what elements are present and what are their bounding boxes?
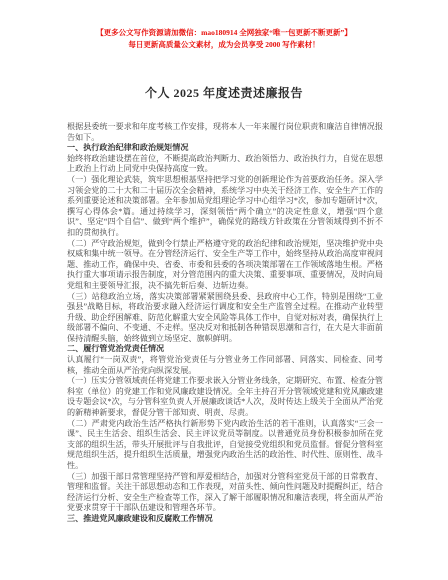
document-body: 根据县委统一要求和年度考核工作安排，现将本人一年来履行岗位职责和廉洁自律情况报告… (67, 122, 383, 525)
promo-line-2: 每日更新高质量公文素材，成为会员享受 2000 写作素材！ (0, 39, 448, 51)
paragraph: 认真履行“一岗双责”，将管党治党责任与分管业务工作同部署、同落实、同检查、同考核… (67, 355, 383, 376)
promo-header: 【更多公文写作资源请加微信：mao180914 全网独家“唯一包更新不断更新”】… (0, 27, 448, 50)
section-heading: 一、执行政治纪律和政治规矩情况 (67, 143, 383, 154)
paragraph: （三）加强干部日常管理坚持严管和厚爱相结合，加强对分管科室党员干部的日常教育、管… (67, 472, 383, 514)
paragraph: （二）严守政治规矩，做到令行禁止严格遵守党的政治纪律和政治规矩，坚决维护党中央权… (67, 239, 383, 292)
paragraph: （二）严肃党内政治生活严格执行新形势下党内政治生活的若干准则，认真落实“三会一课… (67, 419, 383, 472)
paragraph: 始终将政治建设摆在首位，不断提高政治判断力、政治领悟力、政治执行力，自觉在思想上… (67, 154, 383, 175)
paragraph: （一）压实分管领域责任将党建工作要求嵌入分管业务线条，定期研究、布置、检查分管科… (67, 376, 383, 418)
paragraph: （一）强化理论武装，筑牢思想根基坚持把学习党的创新理论作为首要政治任务。深入学习… (67, 175, 383, 239)
promo-line-1: 【更多公文写作资源请加微信：mao180914 全网独家“唯一包更新不断更新”】 (0, 27, 448, 39)
paragraph: （三）站稳政治立场，落实决策部署紧紧围绕县委、县政府中心工作，特别是围绕“工业强… (67, 292, 383, 345)
section-heading: 三、推进党风廉政建设和反腐败工作情况 (67, 514, 383, 525)
document-title: 个人 2025 年度述责述廉报告 (40, 86, 408, 101)
document-page: 【更多公文写作资源请加微信：mao180914 全网独家“唯一包更新不断更新”】… (0, 0, 448, 580)
section-heading: 二、履行管党治党责任情况 (67, 344, 383, 355)
paragraph: 根据县委统一要求和年度考核工作安排，现将本人一年来履行岗位职责和廉洁自律情况报告… (67, 122, 383, 143)
